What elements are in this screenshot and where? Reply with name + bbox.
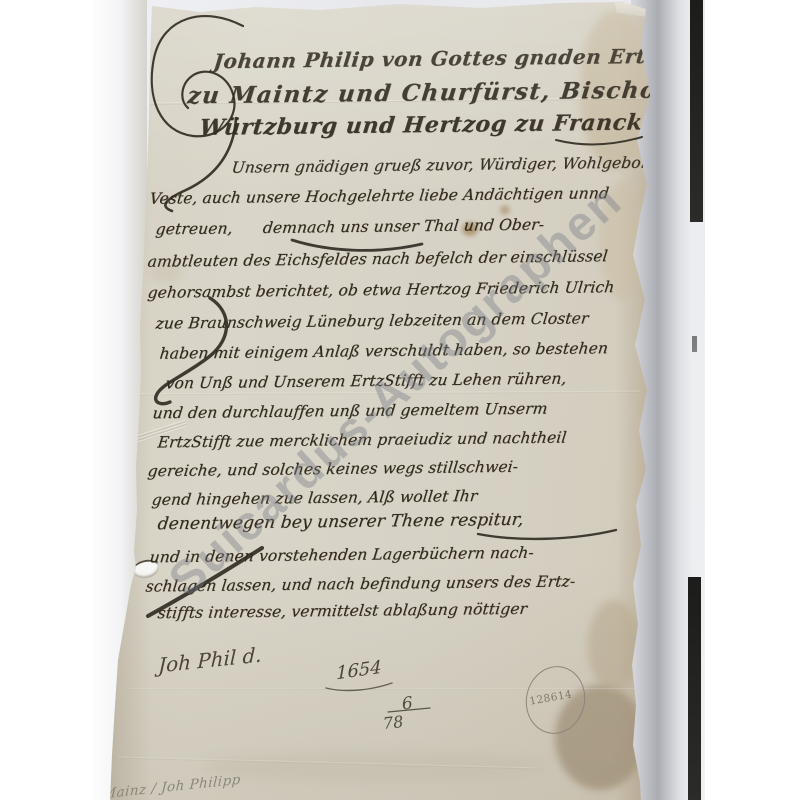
dark-gap-bottom — [688, 577, 701, 800]
paper-stain — [500, 205, 510, 215]
paper-stain — [462, 222, 478, 236]
body-line: ambtleuten des Eichsfeldes nach befelch … — [147, 247, 609, 271]
body-line: gereiche, und solches keines wegs stills… — [147, 458, 519, 481]
dark-gap-top — [690, 0, 703, 222]
paper-stain — [555, 685, 645, 790]
body-line: stiffts interesse, vermittelst ablaßung … — [157, 600, 528, 623]
signature: Joh Phil d. — [158, 642, 262, 677]
heading-line: Würtzburg und Hertzog zu Francken — [198, 109, 675, 141]
body-line: schlagen lassen, und nach befindung unse… — [145, 572, 577, 595]
dark-gap-dot — [692, 336, 697, 352]
oval-stamp-number: 128614 — [529, 688, 574, 707]
body-line: und den durchlauffen unß und gemeltem Un… — [152, 400, 549, 423]
body-line: von Unß und Unserem ErtzStifft zu Lehen … — [165, 370, 568, 393]
paper-stain — [150, 262, 182, 282]
body-line: Unsern gnädigen grueß zuvor, Würdiger, W… — [231, 153, 680, 176]
body-line: getreuen, demnach uns unser Thal und Obe… — [155, 216, 545, 239]
body-line: haben mit einigem Anlaß verschuldt haben… — [159, 339, 609, 362]
body-line: gehorsambst berichtet, ob etwa Hertzog F… — [147, 278, 616, 302]
paper-stain — [588, 600, 640, 692]
paper-crease — [150, 97, 645, 104]
paper-crease — [140, 391, 640, 396]
catalog-fraction-denominator: 78 — [382, 712, 404, 733]
body-line: gend hingehen zue lassen, Alß wollet Ihr — [151, 487, 479, 509]
oval-pencil-stamp: 128614 — [520, 661, 592, 740]
paper-crease — [118, 757, 538, 770]
body-line: denentwegen bey unserer Thene respitur, — [157, 510, 525, 534]
catalog-fraction-numerator: 6 — [401, 693, 414, 714]
body-line: zue Braunschweig Lüneburg lebzeiten an d… — [155, 309, 590, 332]
signature-date: 1654 — [336, 657, 381, 685]
body-line: und in denen vorstehenden Lagerbüchern n… — [149, 544, 535, 567]
body-line: Veste, auch unsere Hochgelehrte liebe An… — [149, 184, 610, 208]
paper-crease — [130, 688, 635, 690]
body-line: ErtzStifft zue mercklichem praeiudiz und… — [157, 429, 568, 452]
paper-stain — [200, 752, 550, 782]
corner-pencil-note: Mainz / Joh Philipp — [102, 772, 242, 800]
paper-tear-hole — [131, 557, 160, 580]
